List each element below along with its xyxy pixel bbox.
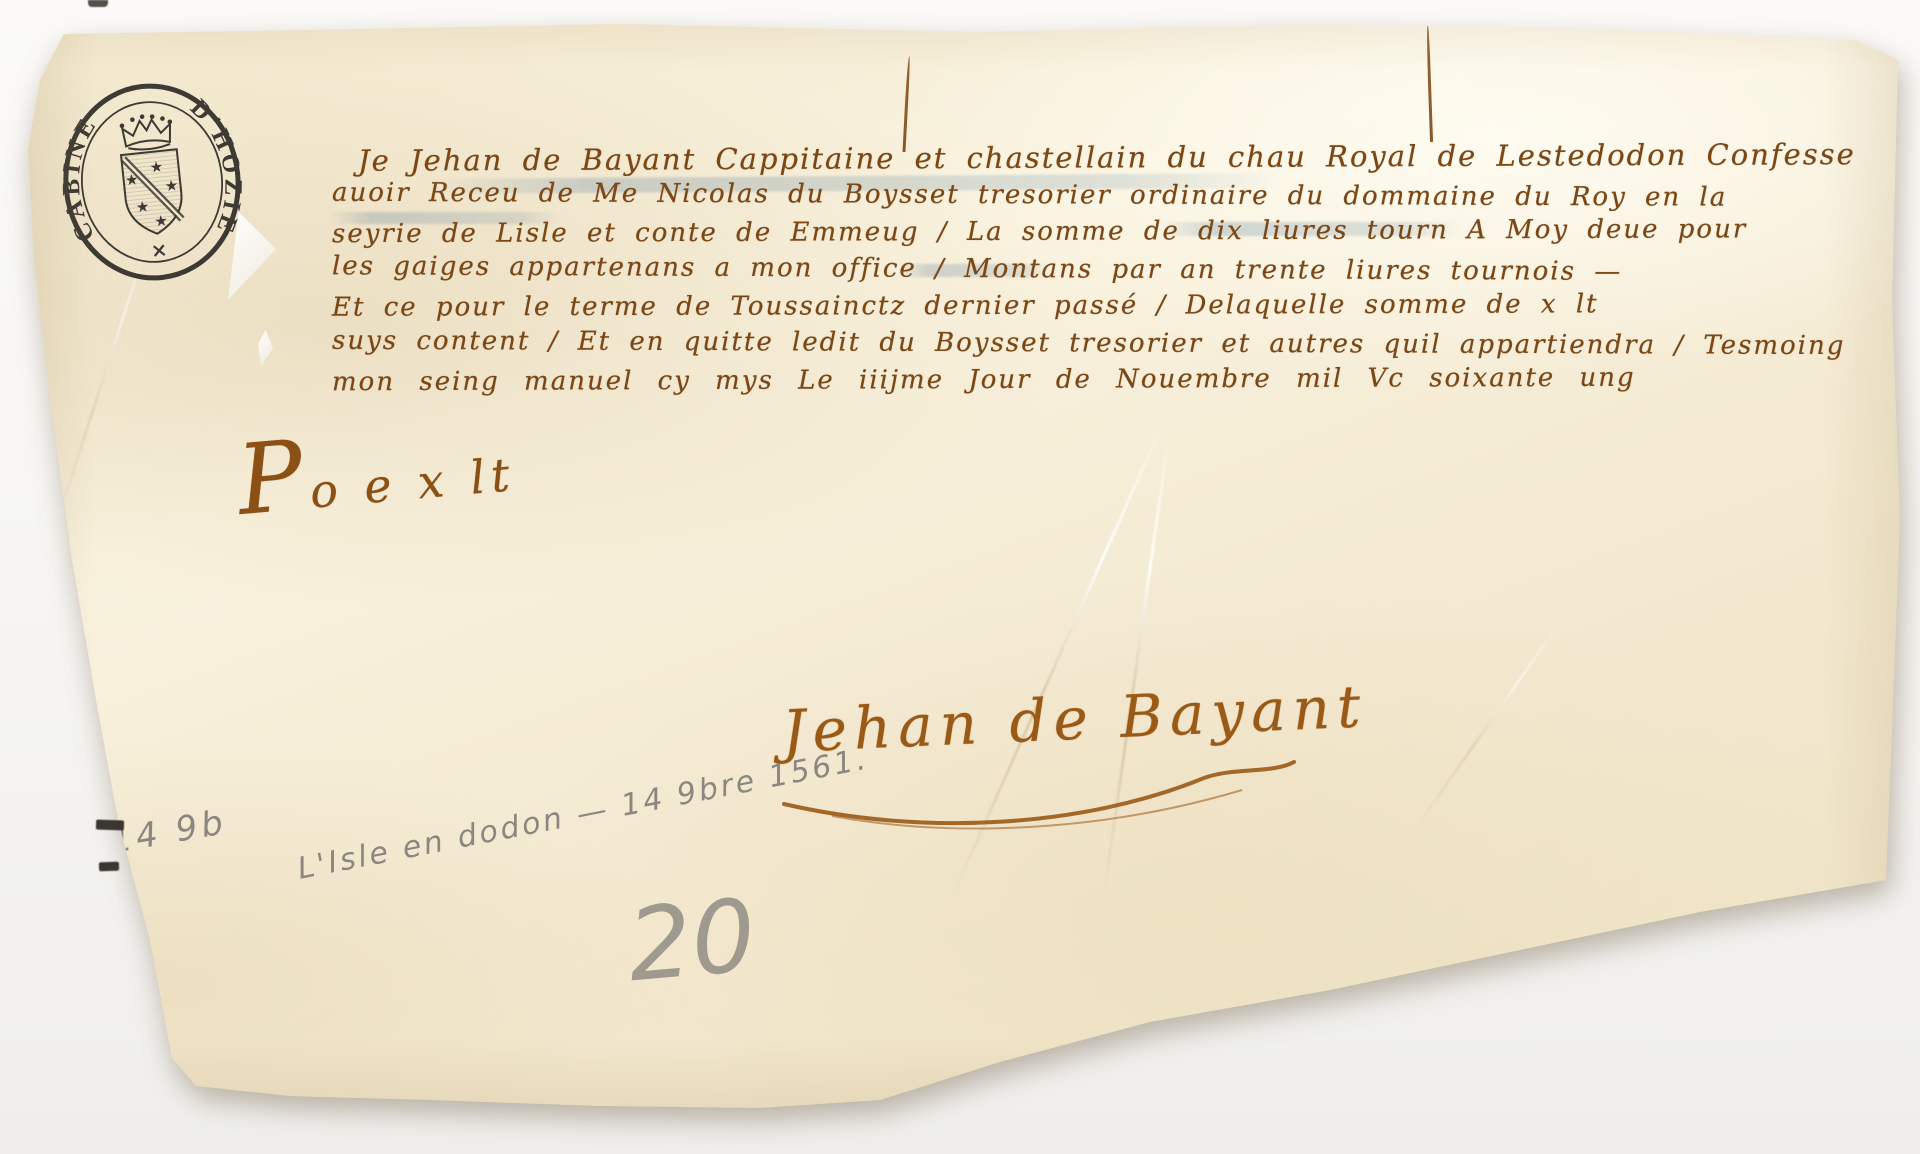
manuscript-line: les gaiges appartenans a mon office / Mo… [332, 248, 1612, 291]
scan-background: CABINET D'HOZIER [0, 0, 1920, 1154]
margin-sum-docket: Po e x lt [235, 428, 517, 525]
manuscript-line: Je Jehan de Bayant Cappitaine et chastel… [332, 137, 1612, 180]
manuscript-line: seyrie de Lisle et conte de Emmeug / La … [332, 212, 1612, 253]
fold-tear-mark [258, 330, 273, 366]
pencil-note-date-abbrev: 14 9b [107, 802, 229, 862]
manuscript-line: auoir Receu de Me Nicolas du Boysset tre… [332, 175, 1612, 216]
ink-ascender-flourish [902, 56, 910, 152]
star-icon: ★ [136, 199, 150, 215]
star-icon: ★ [155, 213, 169, 229]
stamp-crown-icon [119, 111, 175, 152]
manuscript-body: Je Jehan de Bayant Cappitaine et chastel… [332, 140, 1612, 399]
pencil-number: 20 [623, 877, 760, 1005]
edge-ink-fragment [96, 820, 124, 831]
cabinet-dhozier-stamp: CABINET D'HOZIER [42, 70, 262, 294]
stamp-shield-icon: ★ ★ ★ ★ ★ [121, 149, 185, 236]
edge-ink-fragment [99, 862, 119, 872]
star-icon: ★ [150, 159, 164, 175]
parchment-document: CABINET D'HOZIER [0, 0, 1920, 1154]
stamp-cross-mark [154, 245, 165, 256]
manuscript-line: mon seing manuel cy mys Le iiijme Jour d… [332, 360, 1612, 401]
stamp-left-label: CABINET [42, 70, 115, 249]
manuscript-line: Et ce pour le terme de Toussainctz derni… [332, 286, 1612, 326]
parchment-wrapper: CABINET D'HOZIER [0, 0, 1920, 1154]
star-icon: ★ [165, 177, 179, 193]
manuscript-line: suys content / Et en quitte ledit du Boy… [332, 323, 1612, 364]
star-icon: ★ [125, 172, 139, 188]
crease-mark [1411, 619, 1563, 834]
ink-ascender-flourish [1426, 24, 1433, 142]
